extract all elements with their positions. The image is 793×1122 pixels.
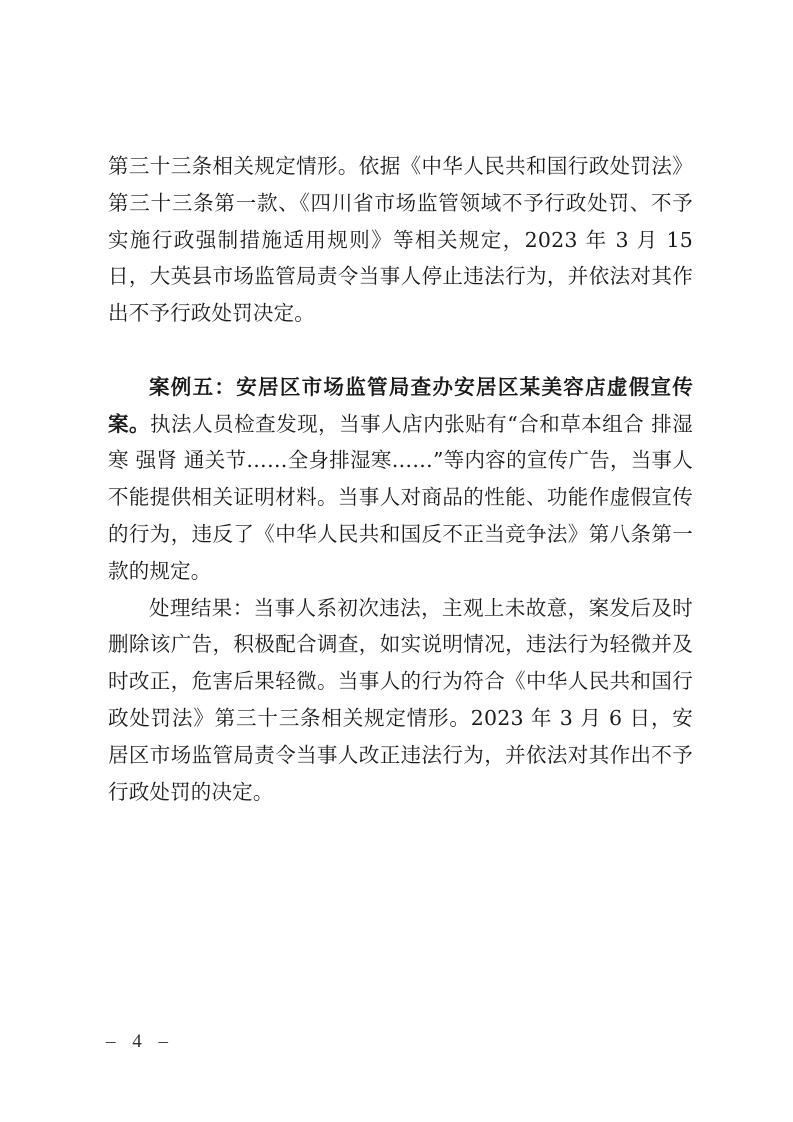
document-page: 第三十三条相关规定情形。依据《中华人民共和国行政处罚法》第三十三条第一款、《四川… <box>108 148 693 810</box>
paragraph-gap <box>108 332 693 369</box>
paragraph-case-five: 案例五：安居区市场监管局查办安居区某美容店虚假宣传案。执法人员检查发现，当事人店… <box>108 369 693 590</box>
paragraph-continuation: 第三十三条相关规定情形。依据《中华人民共和国行政处罚法》第三十三条第一款、《四川… <box>108 148 693 332</box>
paragraph-case-five-result: 处理结果：当事人系初次违法，主观上未故意，案发后及时删除该广告，积极配合调查，如… <box>108 590 693 811</box>
page-number: – 4 – <box>106 1031 174 1053</box>
case-five-body: 执法人员检查发现，当事人店内张贴有“合和草本组合 排湿寒 强肾 通关节……全身排… <box>108 412 693 583</box>
